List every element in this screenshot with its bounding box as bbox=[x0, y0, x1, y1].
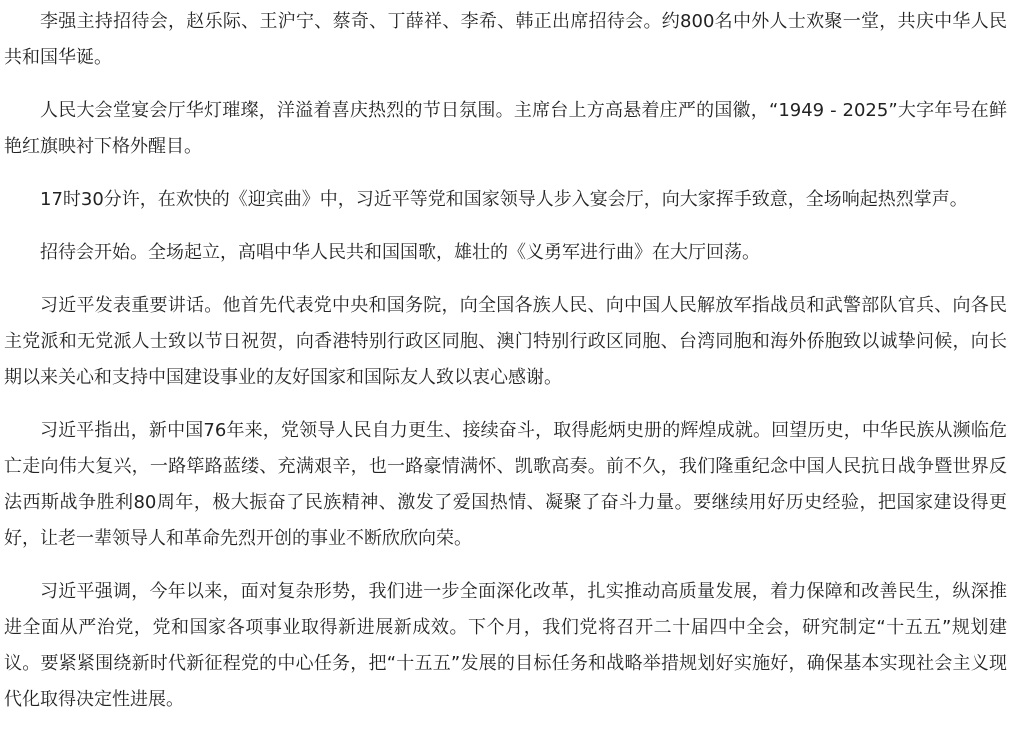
article-paragraph: 人民大会堂宴会厅华灯璀璨，洋溢着喜庆热烈的节日氛围。主席台上方高悬着庄严的国徽，… bbox=[4, 93, 1007, 165]
article-paragraph: 李强主持招待会，赵乐际、王沪宁、蔡奇、丁薛祥、李希、韩正出席招待会。约800名中… bbox=[4, 4, 1007, 76]
article-body: 李强主持招待会，赵乐际、王沪宁、蔡奇、丁薛祥、李希、韩正出席招待会。约800名中… bbox=[0, 4, 1012, 718]
article-paragraph: 习近平强调，今年以来，面对复杂形势，我们进一步全面深化改革，扎实推动高质量发展，… bbox=[4, 574, 1007, 718]
article-paragraph: 招待会开始。全场起立，高唱中华人民共和国国歌，雄壮的《义勇军进行曲》在大厅回荡。 bbox=[4, 235, 1007, 271]
article-paragraph: 习近平指出，新中国76年来，党领导人民自力更生、接续奋斗，取得彪炳史册的辉煌成就… bbox=[4, 413, 1007, 557]
article-paragraph: 17时30分许，在欢快的《迎宾曲》中，习近平等党和国家领导人步入宴会厅，向大家挥… bbox=[4, 182, 1007, 218]
article-paragraph: 习近平发表重要讲话。他首先代表党中央和国务院，向全国各族人民、向中国人民解放军指… bbox=[4, 288, 1007, 396]
